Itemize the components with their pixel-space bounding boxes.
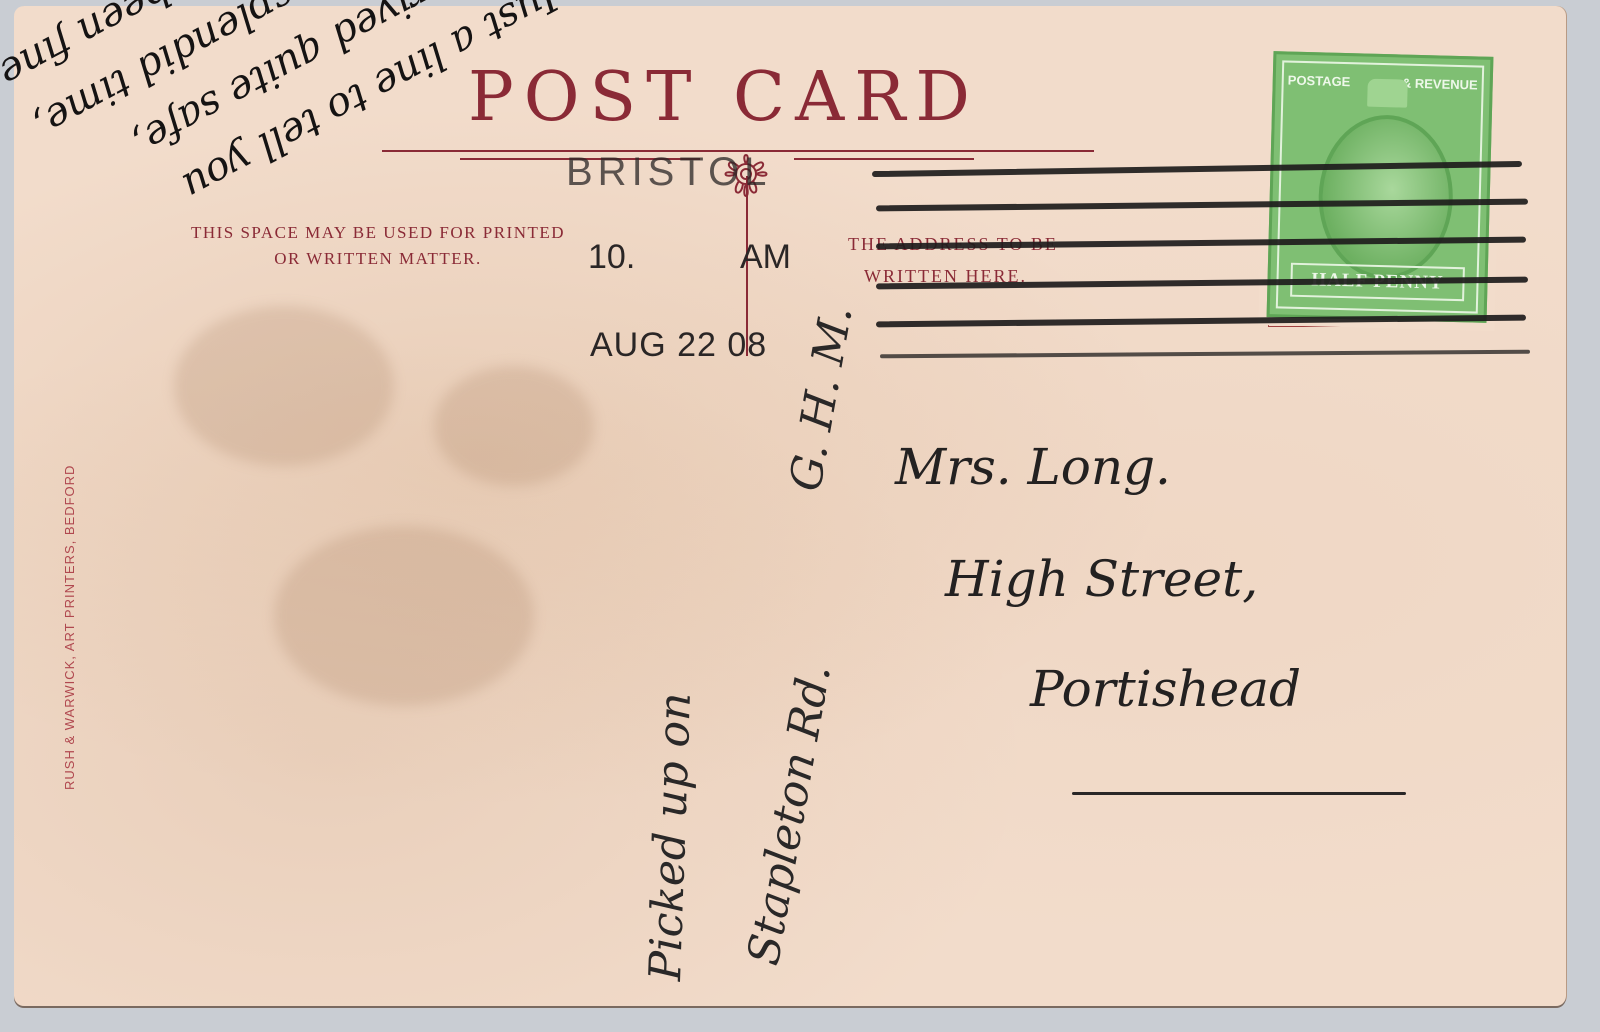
- stamp-revenue-label: & REVENUE: [1402, 76, 1478, 93]
- address-recipient: Mrs. Long.: [895, 438, 1171, 496]
- message-area-caption: THIS SPACE MAY BE USED FOR PRINTED OR WR…: [98, 220, 658, 272]
- stamp-postage-label: POSTAGE: [1288, 73, 1351, 90]
- stain: [434, 366, 594, 486]
- postmark-time: 10.: [588, 238, 635, 277]
- caption-line-2: OR WRITTEN MATTER.: [98, 246, 658, 272]
- printer-imprint: RUSH & WARWICK, ART PRINTERS, BEDFORD: [62, 465, 77, 790]
- divider-rule-right: [794, 158, 974, 160]
- stain: [174, 306, 394, 466]
- stain: [274, 526, 534, 706]
- crown-icon: [1367, 79, 1408, 108]
- postcard-title: POST CARD: [468, 58, 980, 137]
- side-note-line-1: Picked up on: [640, 692, 701, 982]
- postage-stamp: POSTAGE & REVENUE HALF PENNY: [1258, 43, 1501, 331]
- address-town: Portishead: [1030, 660, 1301, 718]
- address-underline: [1072, 792, 1406, 795]
- postmark-ampm: AM: [740, 238, 791, 277]
- postmark-date: AUG 22 08: [590, 326, 767, 365]
- postmark-city: BRISTOL: [566, 150, 771, 195]
- address-street: High Street,: [945, 550, 1258, 608]
